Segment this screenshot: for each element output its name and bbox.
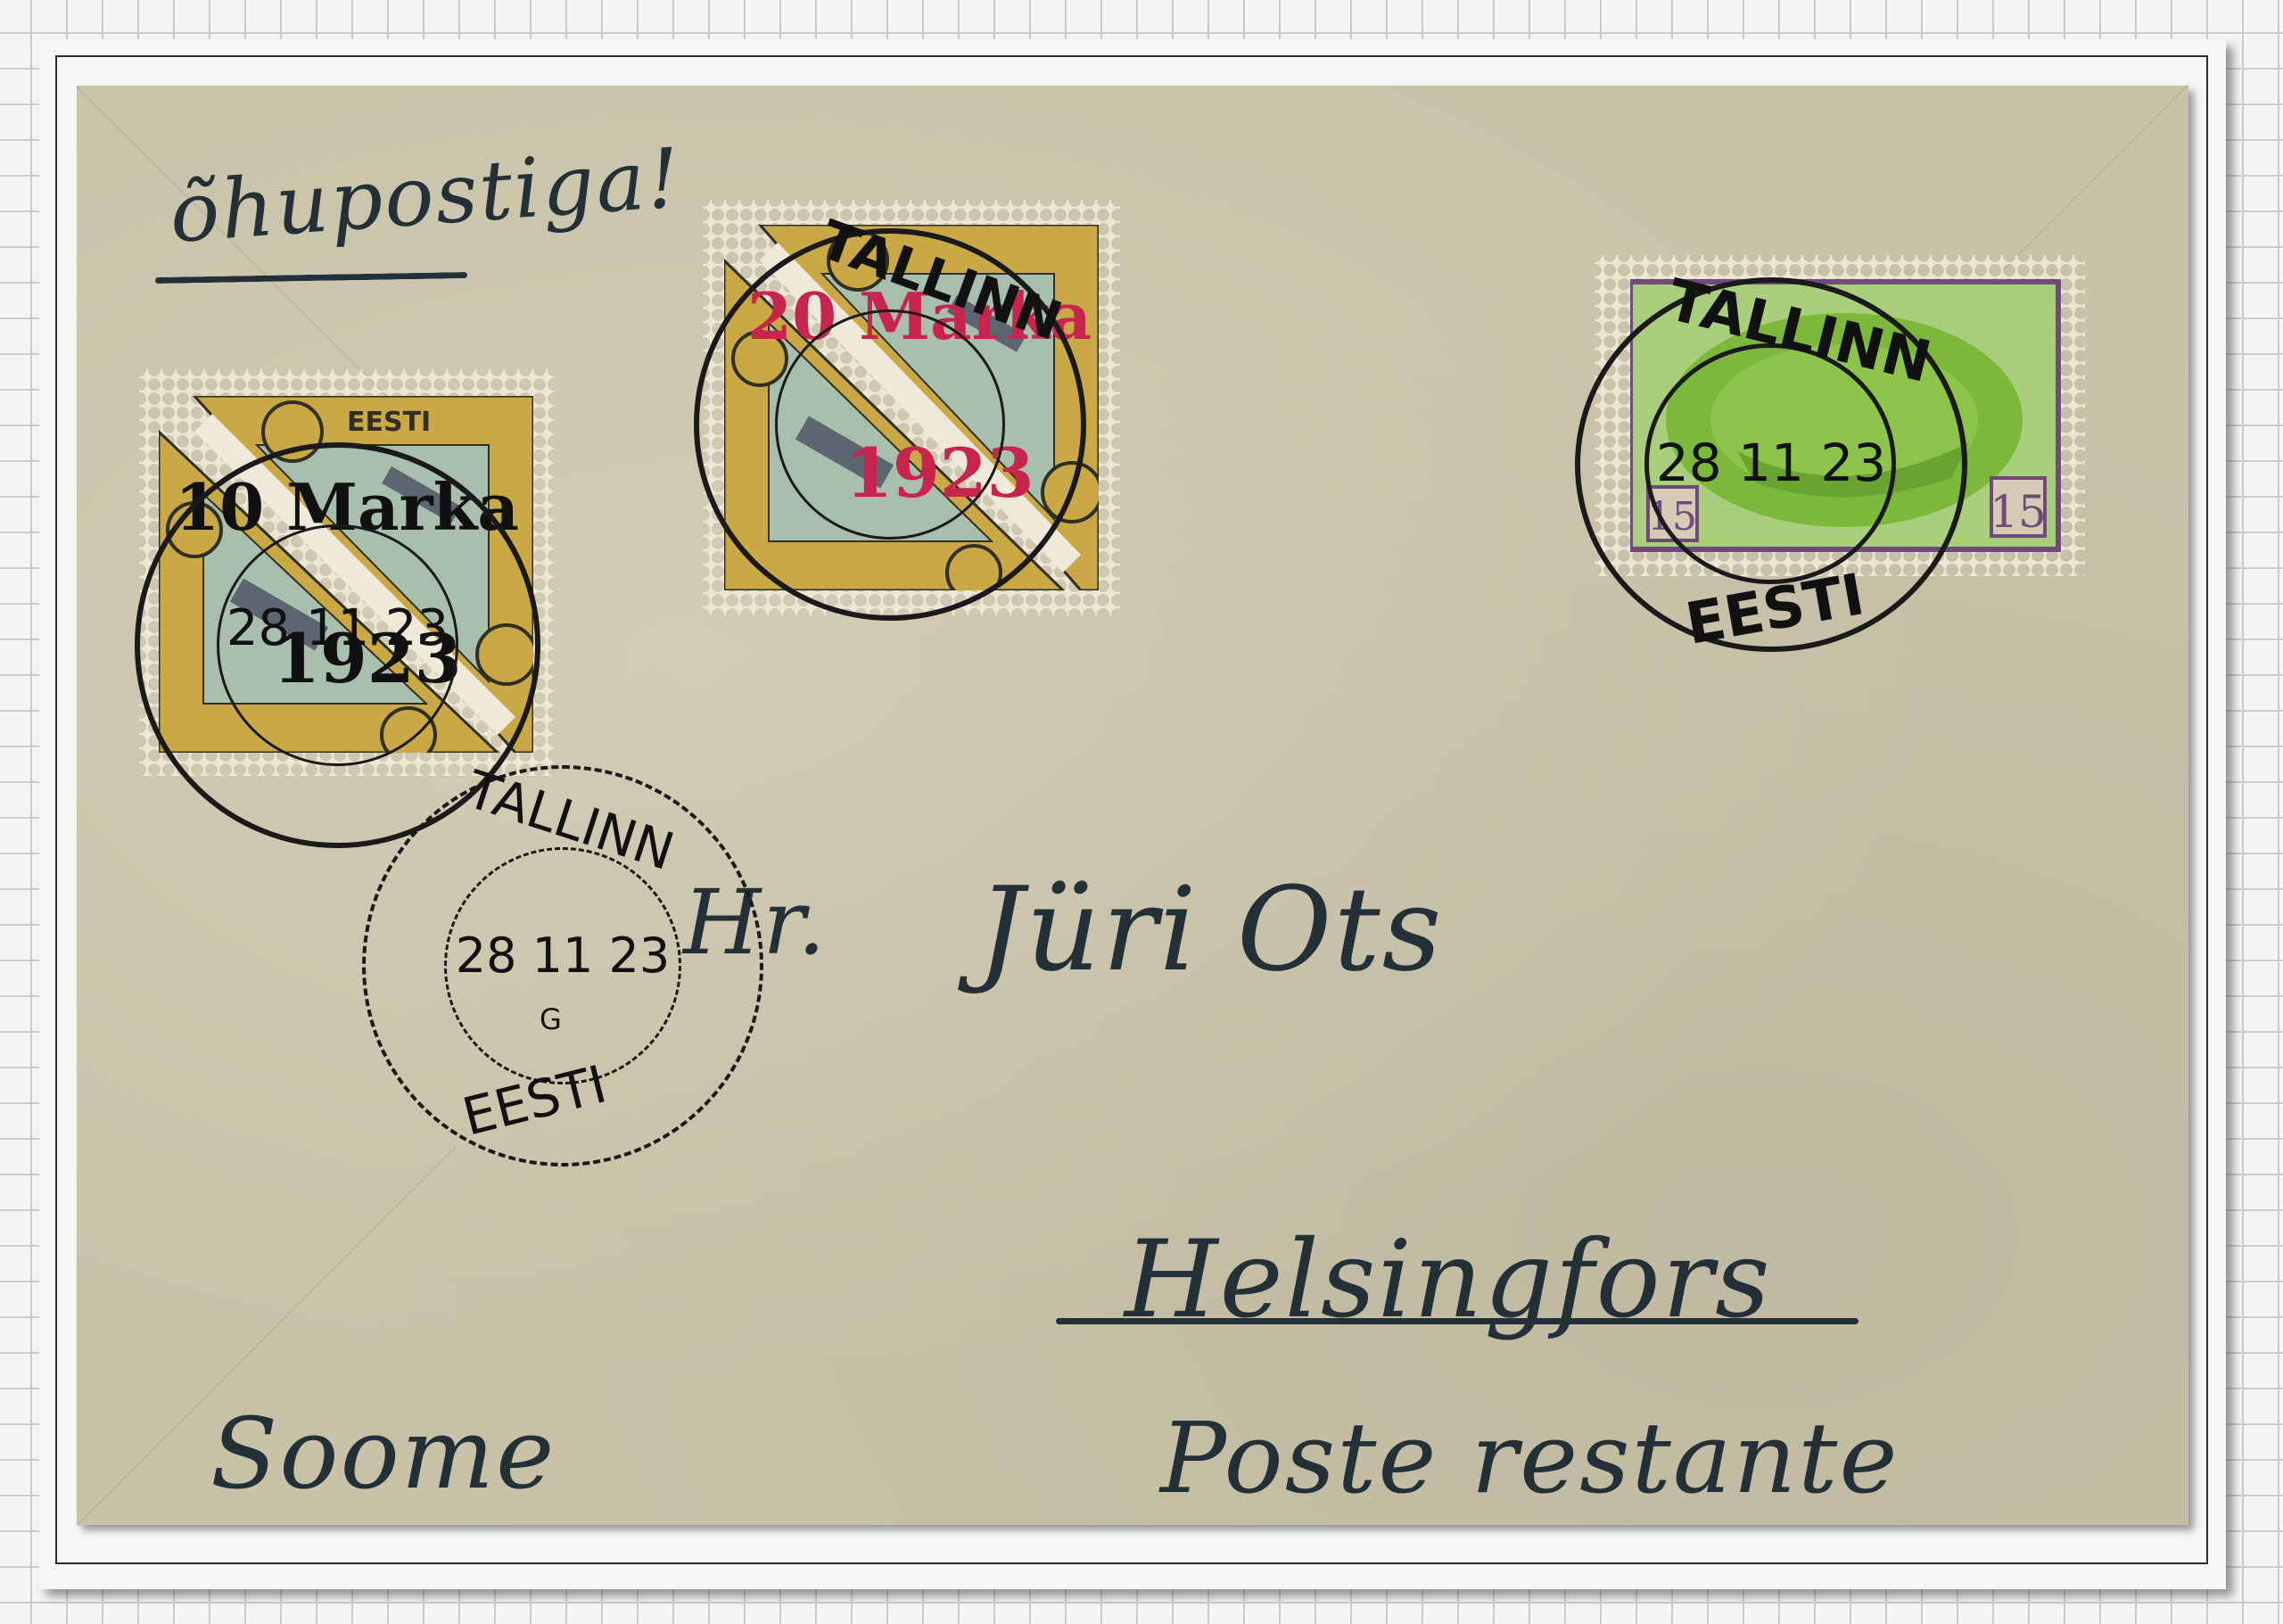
postmark-date: 28 11 23: [1580, 433, 1962, 493]
postmark-code: G: [540, 1002, 562, 1036]
envelope: õhupostiga! Hr. Jüri Ots Helsingfors Pos…: [77, 86, 2188, 1525]
handwritten-country: Soome: [210, 1397, 556, 1511]
postmark-country: EESTI: [1681, 562, 1869, 658]
handwritten-airmail-note: õhupostiga!: [167, 130, 685, 261]
handwritten-addressee: Jüri Ots: [977, 861, 1443, 997]
postmark-stamp-2: TALLINN: [694, 228, 1086, 621]
postmark-date: 28 11 23: [140, 599, 535, 657]
postmark-date: 28 11 23: [366, 927, 760, 984]
city-underline: [1056, 1318, 1859, 1324]
postmark-stamp-3: TALLINN 28 11 23 EESTI: [1575, 277, 1967, 652]
stamp-country-name: EESTI: [347, 407, 431, 438]
airmail-note-underline: [155, 272, 467, 284]
handwritten-poste-restante: Poste restante: [1160, 1401, 1900, 1515]
stamp-face-value: 15: [1990, 486, 2047, 538]
postmark-loose: TALLINN 28 11 23 G EESTI: [362, 765, 763, 1166]
